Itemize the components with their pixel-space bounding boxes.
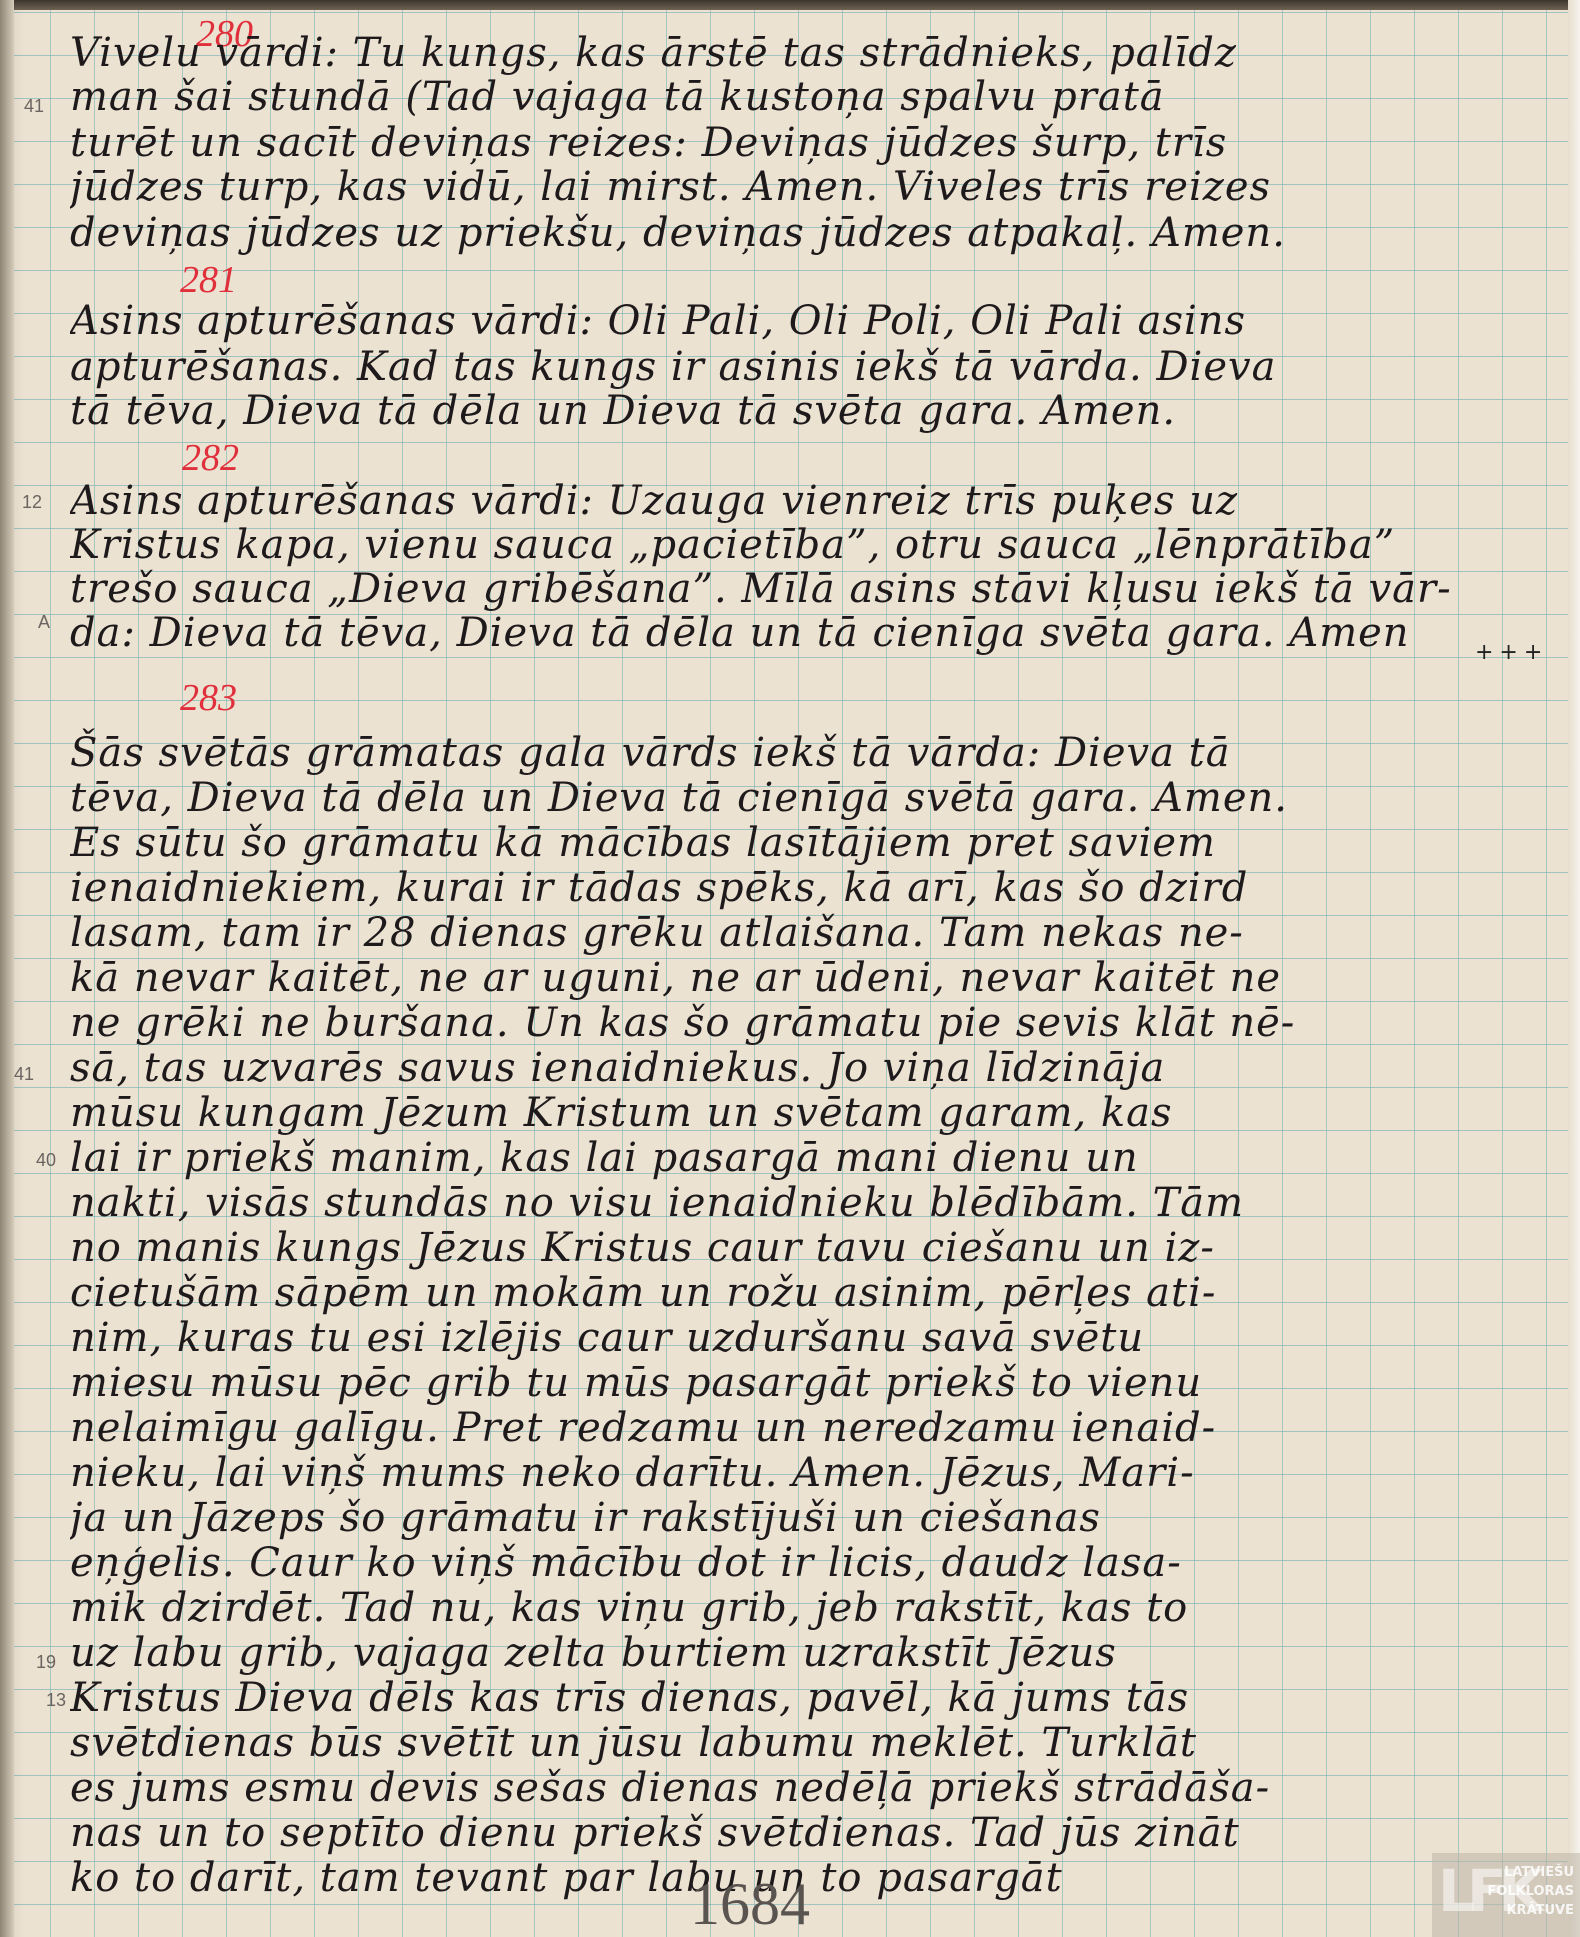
text-line: eņģelis. Caur ko viņš mācību dot ir lici… [70,1538,1556,1588]
text-line: miesu mūsu pēc grib tu mūs pasargāt prie… [70,1358,1556,1408]
text-line: lai ir priekš manim, kas lai pasargā man… [70,1133,1556,1183]
text-line: svētdienas būs svētīt un jūsu labumu mek… [70,1718,1556,1768]
text-line: lasam, tam ir 28 dienas grēku atlaišana.… [70,908,1556,958]
text-line: Vivelu vārdi: Tu kungs, kas ārstē tas st… [70,28,1556,78]
margin-note: 41 [24,96,44,117]
archive-watermark: LFK LATVIEŠU FOLKLORAS KRĀTUVE [1432,1853,1580,1937]
text-line: nakti, visās stundās no visu ienaidnieku… [70,1178,1556,1228]
text-line: da: Dieva tā tēva, Dieva tā dēla un tā c… [70,608,1556,658]
margin-note: A [38,612,50,633]
text-line: cietušām sāpēm un mokām un rožu asinim, … [70,1268,1556,1318]
text-line: Asins apturēšanas vārdi: Uzauga vienreiz… [70,476,1556,526]
text-line: mik dzirdēt. Tad nu, kas viņu grib, jeb … [70,1583,1556,1633]
crosses-mark: +++ [1475,640,1548,665]
page-binding-edge [0,0,14,1937]
text-line: apturēšanas. Kad tas kungs ir asinis iek… [70,342,1556,392]
margin-note: 12 [22,492,42,513]
text-line: tēva, Dieva tā dēla un Dieva tā cienīgā … [70,773,1556,823]
text-line: ko to darīt, tam tevant par labu un to p… [70,1853,1556,1903]
text-line: sā, tas uzvarēs savus ienaidniekus. Jo v… [70,1043,1556,1093]
text-line: ja un Jāzeps šo grāmatu ir rakstījuši un… [70,1493,1556,1543]
page-right-edge [1568,0,1580,1937]
margin-note: 19 [36,1652,56,1673]
text-line: ienaidniekiem, kurai ir tādas spēks, kā … [70,863,1556,913]
text-line: jūdzes turp, kas vidū, lai mirst. Amen. … [70,162,1556,212]
manuscript-page: 280 Vivelu vārdi: Vivelu vārdi: Tu kungs… [0,0,1580,1937]
archive-name-line: LATVIEŠU [1484,1863,1574,1882]
text-line: mūsu kungam Jēzum Kristum un svētam gara… [70,1088,1556,1138]
entry-number-282: 282 [182,436,239,480]
text-line: nim, kuras tu esi izlējis caur uzduršanu… [70,1313,1556,1363]
text-line: nieku, lai viņš mums neko darītu. Amen. … [70,1448,1556,1498]
text-line: nelaimīgu galīgu. Pret redzamu un neredz… [70,1403,1556,1453]
margin-note: 41 [14,1064,34,1085]
text-line: Kristus kapa, vienu sauca „pacietība”, o… [70,520,1556,570]
margin-note: 13 [46,1690,66,1711]
text-line: Asins apturēšanas vārdi: Oli Pali, Oli P… [70,296,1556,346]
text-line: trešo sauca „Dieva gribēšana”. Mīlā asin… [70,564,1556,614]
text-line: man šai stundā (Tad vajaga tā kustoņa sp… [70,72,1556,122]
archive-name-line: FOLKLORAS [1484,1882,1574,1901]
text-line: es jums esmu devis sešas dienas nedēļā p… [70,1763,1556,1813]
text-line: nas un to septīto dienu priekš svētdiena… [70,1808,1556,1858]
text-line: ne grēki ne buršana. Un kas šo grāmatu p… [70,998,1556,1048]
text-line: uz labu grib, vajaga zelta burtiem uzrak… [70,1628,1556,1678]
folio-number: 1684 [690,1870,810,1937]
text-line: tā tēva, Dieva tā dēla un Dieva tā svēta… [70,386,1556,436]
text-line: deviņas jūdzes uz priekšu, deviņas jūdze… [70,208,1556,258]
entry-number-283: 283 [180,676,237,720]
page-top-edge [0,0,1580,10]
text-line: turēt un sacīt deviņas reizes: Deviņas j… [70,118,1556,168]
text-line: no manis kungs Jēzus Kristus caur tavu c… [70,1223,1556,1273]
text-line: Kristus Dieva dēls kas trīs dienas, pavē… [70,1673,1556,1723]
archive-name-line: KRĀTUVE [1484,1901,1574,1920]
text-line: kā nevar kaitēt, ne ar uguni, ne ar ūden… [70,953,1556,1003]
archive-name: LATVIEŠU FOLKLORAS KRĀTUVE [1484,1863,1574,1920]
text-line: Es sūtu šo grāmatu kā mācības lasītājiem… [70,818,1556,868]
text-line: Šās svētās grāmatas gala vārds iekš tā v… [70,728,1556,778]
margin-note: 40 [36,1150,56,1171]
